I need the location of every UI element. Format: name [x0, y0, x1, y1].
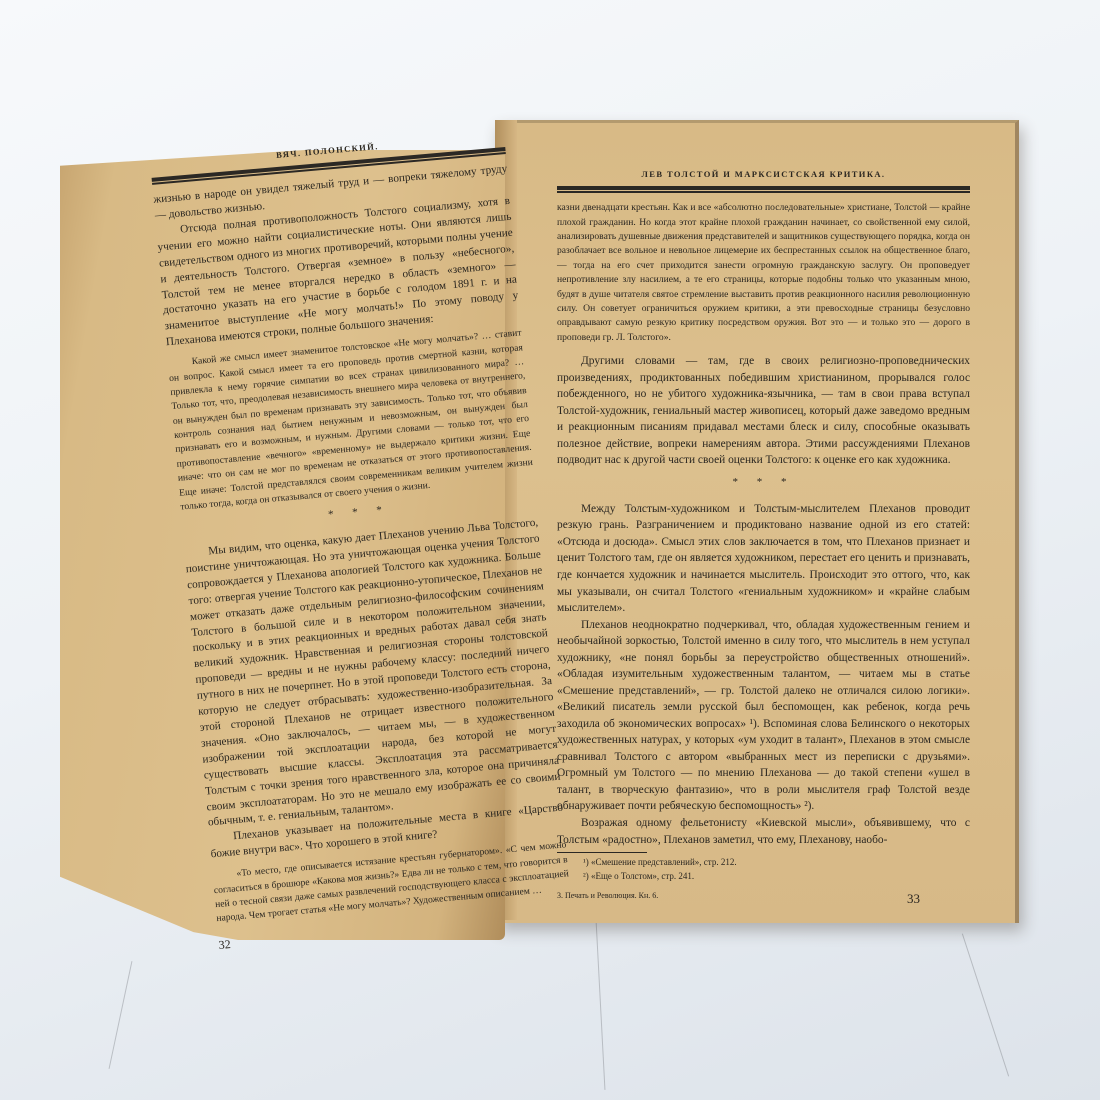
header-rule-thin: [557, 191, 970, 193]
open-book: ЛЕВ ТОЛСТОЙ И МАРКСИСТСКАЯ КРИТИКА. казн…: [0, 0, 1100, 1100]
table-scratch: [962, 934, 1009, 1077]
paragraph: Другими словами — там, где в своих религ…: [557, 353, 970, 469]
paragraph: Мы видим, что оценка, какую дает Плехано…: [184, 516, 563, 832]
page-number-right: 33: [907, 890, 970, 909]
footnote-rule: [557, 852, 647, 853]
right-page-text: ЛЕВ ТОЛСТОЙ И МАРКСИСТСКАЯ КРИТИКА. казн…: [557, 168, 970, 909]
left-page-text: ВЯЧ. ПОЛОНСКИЙ. жизнью в народе он увиде…: [150, 129, 573, 954]
paragraph: Между Толстым-художником и Толстым-мысли…: [557, 501, 970, 617]
printer-signature: 3. Печать и Революция. Кн. 6.: [557, 890, 658, 909]
table-scratch: [109, 961, 133, 1069]
header-rule: [557, 186, 970, 190]
block-quote: казни двенадцати крестьян. Как и все «аб…: [557, 201, 970, 345]
footnote: ¹) «Смешение представлений», стр. 212.: [557, 856, 970, 870]
page-footer: 3. Печать и Революция. Кн. 6. 33: [557, 890, 970, 909]
paragraph: Возражая одному фельетонисту «Киевской м…: [557, 815, 970, 848]
footnote: ²) «Еще о Толстом», стр. 241.: [557, 870, 970, 884]
running-head-right: ЛЕВ ТОЛСТОЙ И МАРКСИСТСКАЯ КРИТИКА.: [557, 168, 970, 180]
block-quote: Какой же смысл имеет знаменитое толстовс…: [167, 326, 534, 515]
paragraph: Плеханов неоднократно подчеркивал, что, …: [557, 617, 970, 815]
section-break: * * *: [557, 475, 970, 491]
table-scratch: [596, 920, 606, 1090]
